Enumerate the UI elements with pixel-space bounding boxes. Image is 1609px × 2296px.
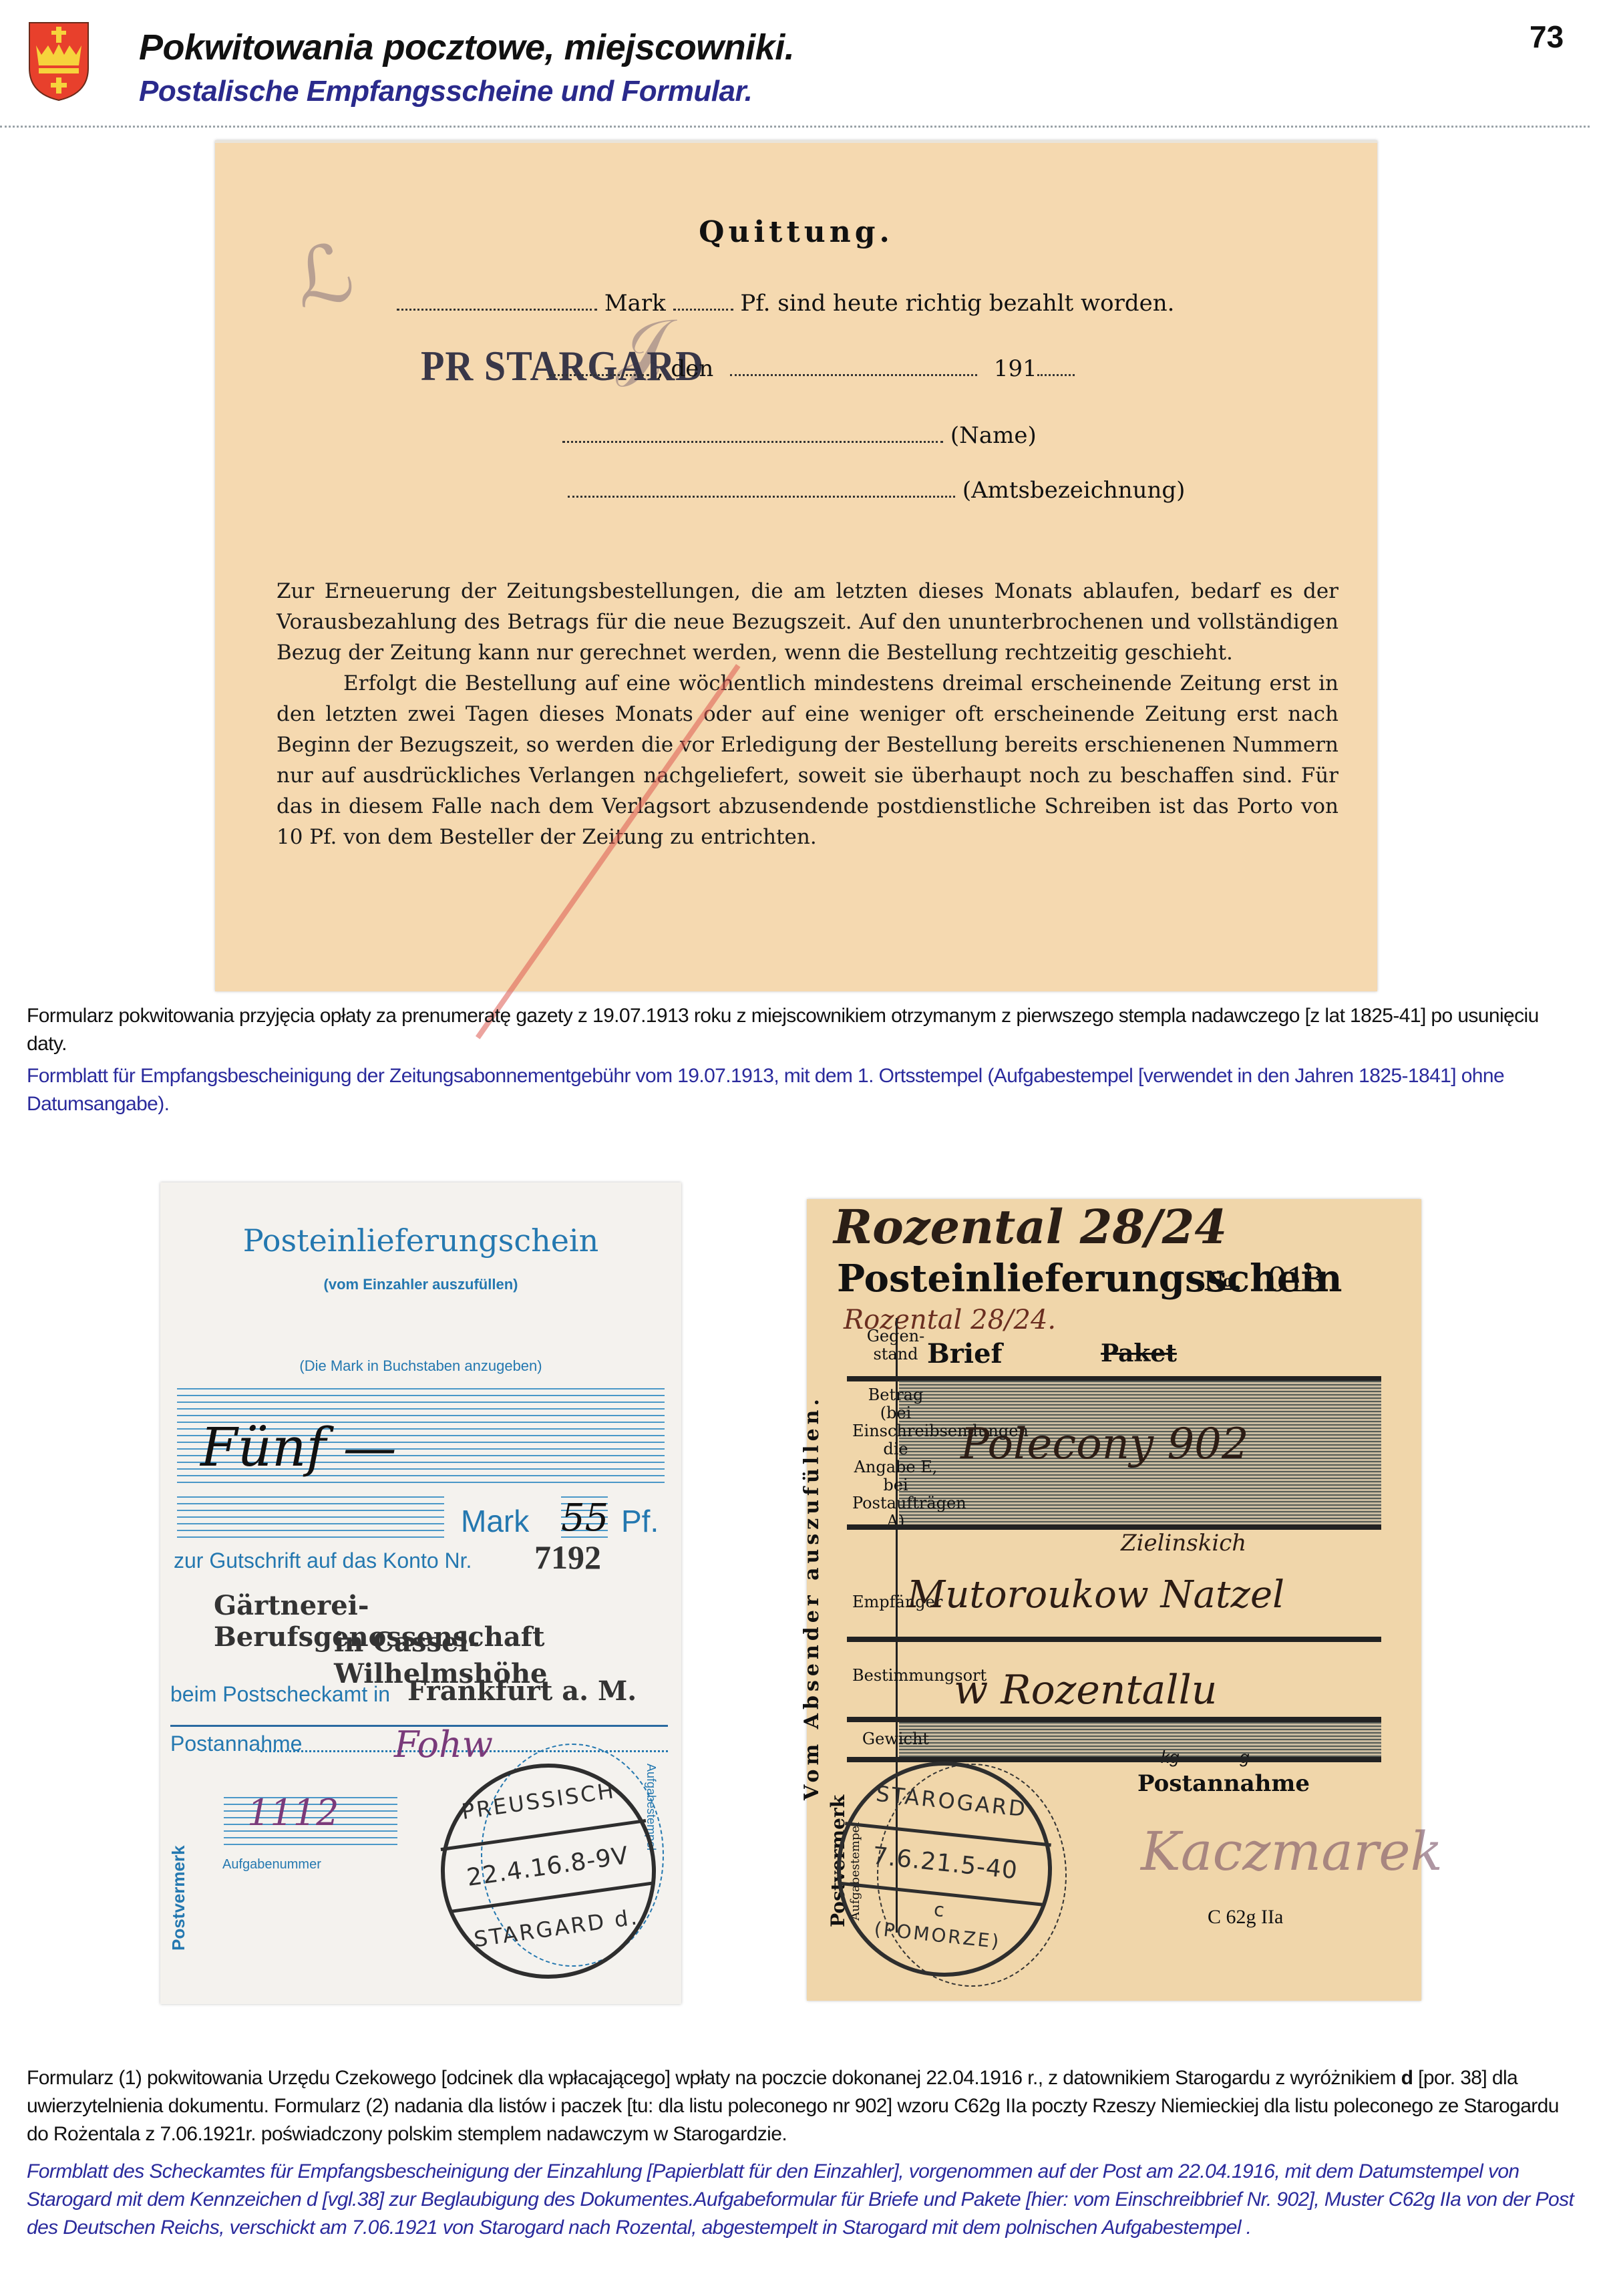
konto-label: zur Gutschrift auf das Konto Nr. bbox=[174, 1548, 472, 1573]
handwritten-recipient: Mutoroukow Natzel bbox=[907, 1573, 1284, 1617]
caption-1-polish: Formularz pokwitowania przyjęcia opłaty … bbox=[27, 1002, 1583, 1058]
year-label: 191 bbox=[994, 355, 1037, 382]
form-model-number: C 62g IIa bbox=[1208, 1906, 1283, 1929]
caption-2-polish: Formularz (1) pokwitowania Urzędu Czekow… bbox=[27, 2064, 1583, 2148]
number-label: №. bbox=[1204, 1263, 1241, 1297]
postmark-top-text: PREUSSISCH bbox=[434, 1774, 643, 1828]
postannahme-signature: Kaczmarek bbox=[1141, 1820, 1443, 1882]
handwritten-recipient-top: Zielinskich bbox=[1121, 1530, 1246, 1556]
caption-2-german: Formblatt des Scheckamtes für Empfangsbe… bbox=[27, 2158, 1583, 2242]
form-subtitle: (vom Einzahler auszufüllen) bbox=[160, 1276, 681, 1293]
amount-hint: (Die Mark in Buchstaben anzugeben) bbox=[160, 1357, 681, 1375]
form-title: Posteinlieferungschein bbox=[160, 1222, 681, 1259]
konto-number: 7192 bbox=[534, 1538, 601, 1577]
page-subtitle: Postalische Empfangsscheine und Formular… bbox=[139, 75, 752, 108]
sender-fill-in-label: Vom Absender auszufüllen. bbox=[800, 1395, 824, 1800]
amount-words-field-2 bbox=[177, 1496, 444, 1543]
page-number: 73 bbox=[1530, 19, 1564, 55]
name-label: (Name) bbox=[950, 422, 1037, 449]
caption-2-bold-marker: d bbox=[1401, 2067, 1413, 2089]
form-title: Posteinlieferungsschein bbox=[837, 1257, 1342, 1301]
caption-2-text-a: Formularz (1) pokwitowania Urzędu Czekow… bbox=[27, 2067, 1401, 2089]
name-line: (Name) bbox=[562, 422, 1037, 449]
pf-label: Pf. bbox=[621, 1503, 659, 1539]
page-title: Pokwitowania pocztowe, miejscowniki. bbox=[139, 27, 794, 68]
handwritten-polecony: Polecony 902 bbox=[960, 1420, 1249, 1469]
table-rule bbox=[847, 1637, 1381, 1642]
terms-paragraph-1: Zur Erneuerung der Zeitungsbestellungen,… bbox=[277, 576, 1338, 668]
subscription-terms-text: Zur Erneuerung der Zeitungsbestellungen,… bbox=[277, 576, 1338, 852]
terms-paragraph-2: Erfolgt die Bestellung auf eine wöchentl… bbox=[277, 668, 1338, 852]
gniezno-crest-icon bbox=[28, 21, 90, 102]
gewicht-hatched-field bbox=[899, 1722, 1381, 1757]
label-bestimmungsort: Bestimmungsort bbox=[852, 1667, 939, 1685]
postannahme-label: Postannahme bbox=[1137, 1770, 1310, 1797]
mark-label: Mark bbox=[461, 1503, 529, 1539]
label-gewicht: Gewicht bbox=[852, 1730, 939, 1748]
table-rule bbox=[847, 1717, 1381, 1722]
paket-option-struck: Paket bbox=[1101, 1339, 1177, 1367]
den-label: , den bbox=[657, 355, 713, 382]
caption-1-german: Formblatt für Empfangsbescheinigung der … bbox=[27, 1062, 1583, 1118]
quittung-receipt-form: ℒ 𝒥 Quittung. Mark Pf. sind heute richti… bbox=[215, 140, 1377, 991]
postannahme-label: Postannahme bbox=[170, 1732, 302, 1756]
aufgabenummer-label: Aufgabenummer bbox=[222, 1857, 321, 1872]
posteinlieferungsschein-013: Rozental 28/24 Posteinlieferungsschein №… bbox=[807, 1199, 1421, 2001]
label-gegenstand: Gegen-stand bbox=[852, 1327, 939, 1363]
postscheckamt-city: Frankfurt a. M. bbox=[407, 1675, 637, 1707]
amtsbezeichnung-label: (Amtsbezeichnung) bbox=[962, 477, 1186, 504]
handwritten-amount: Fünf — bbox=[200, 1416, 397, 1478]
postannahme-signature: Fohw bbox=[394, 1724, 493, 1766]
mark-label: Mark bbox=[604, 290, 666, 317]
postmark-date: 7.6.21.5-40 bbox=[841, 1839, 1050, 1888]
postscheck-einlieferungschein: Posteinlieferungschein (vom Einzahler au… bbox=[160, 1182, 681, 2004]
amount-line: Mark Pf. sind heute richtig bezahlt word… bbox=[397, 290, 1174, 317]
table-rule bbox=[847, 1524, 1381, 1530]
handwritten-destination: w Rozentallu bbox=[954, 1667, 1217, 1713]
handwritten-place-overprint: Rozental 28/24 bbox=[834, 1199, 1227, 1255]
label-betrag: Betrag (bei Einschreibsendungen die Anga… bbox=[852, 1386, 939, 1530]
pfennig-value: 55 bbox=[561, 1496, 608, 1540]
official-title-line: (Amtsbezeichnung) bbox=[568, 477, 1185, 504]
table-rule bbox=[847, 1757, 1381, 1762]
form-title: Quittung. bbox=[215, 215, 1377, 249]
postscheckamt-label: beim Postscheckamt in bbox=[170, 1682, 390, 1707]
date-line: , den 191 bbox=[549, 355, 1075, 382]
postmark-bottom-text: STARGARD d. bbox=[452, 1901, 661, 1955]
postvermerk-label: Postvermerk bbox=[168, 1845, 189, 1951]
aufgabenummer-value: 1112 bbox=[247, 1792, 339, 1834]
preussisch-stargard-postmark: PREUSSISCH 22.4.16.8-9V STARGARD d. bbox=[427, 1750, 670, 1993]
brief-option: Brief bbox=[927, 1338, 1003, 1369]
paid-text: Pf. sind heute richtig bezahlt worden. bbox=[740, 290, 1174, 317]
header-divider bbox=[0, 126, 1590, 128]
form-number: 013 bbox=[1268, 1258, 1324, 1301]
